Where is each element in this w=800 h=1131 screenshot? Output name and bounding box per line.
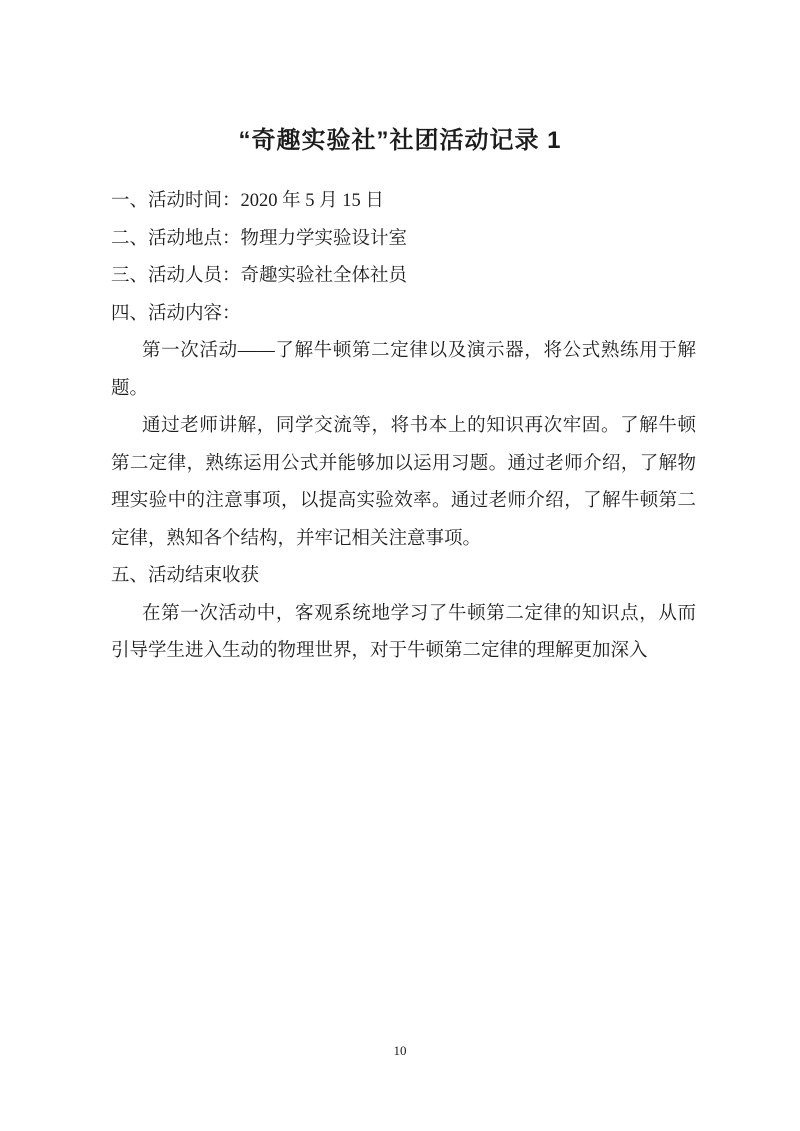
paragraph-activity-detail-line-1: 通过老师讲解，同学交流等，将书本上的知识再次牢固。了解牛顿 [111, 408, 696, 446]
paragraph-activity-detail-line-2: 第二定律，熟练运用公式并能够加以运用习题。通过老师介绍，了解物 [111, 446, 696, 484]
document-title: “奇趣实验社”社团活动记录 1 [0, 0, 800, 156]
paragraph-harvest-line-1: 在第一次活动中，客观系统地学习了牛顿第二定律的知识点，从而 [111, 596, 696, 634]
paragraph-activity-detail-line-4: 定律，熟知各个结构，并牢记相关注意事项。 [111, 521, 696, 559]
paragraph-harvest-line-2: 引导学生进入生动的物理世界，对于牛顿第二定律的理解更加深入 [111, 633, 696, 671]
document-page: “奇趣实验社”社团活动记录 1 一、活动时间：2020 年 5 月 15 日 二… [0, 0, 800, 1131]
line-activity-people: 三、活动人员：奇趣实验社全体社员 [111, 258, 696, 296]
paragraph-first-activity-line-1: 第一次活动——了解牛顿第二定律以及演示器，将公式熟练用于解 [111, 333, 696, 371]
line-activity-harvest-heading: 五、活动结束收获 [111, 558, 696, 596]
line-activity-time: 一、活动时间：2020 年 5 月 15 日 [111, 183, 696, 221]
paragraph-activity-detail-line-3: 理实验中的注意事项，以提高实验效率。通过老师介绍，了解牛顿第二 [111, 483, 696, 521]
page-number: 10 [0, 1044, 800, 1058]
line-activity-content-heading: 四、活动内容： [111, 296, 696, 334]
document-body: 一、活动时间：2020 年 5 月 15 日 二、活动地点：物理力学实验设计室 … [111, 183, 696, 671]
paragraph-first-activity-line-2: 题。 [111, 371, 696, 409]
line-activity-place: 二、活动地点：物理力学实验设计室 [111, 221, 696, 259]
